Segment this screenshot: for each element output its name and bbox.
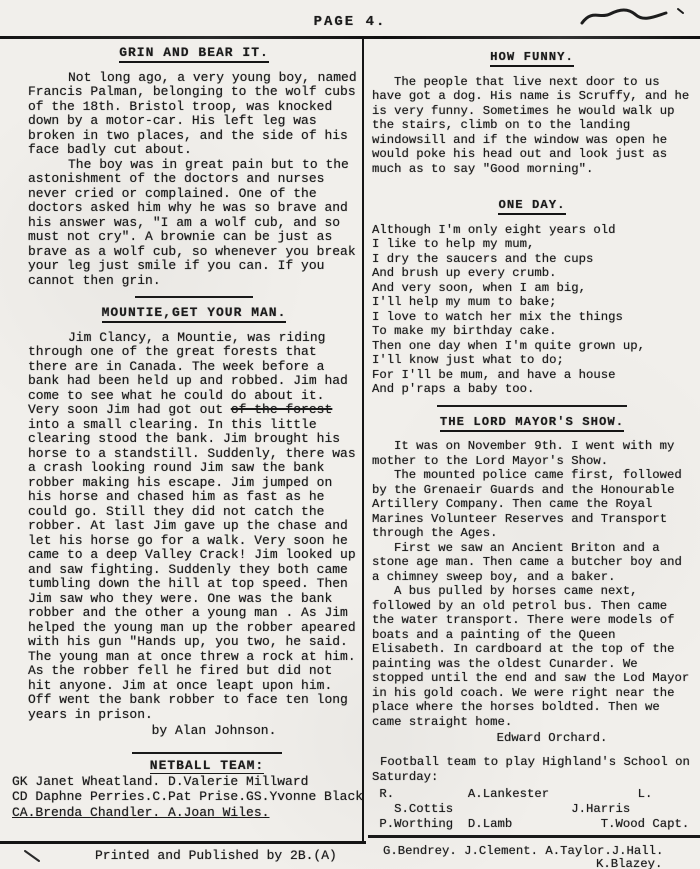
- page-title: PAGE 4.: [0, 14, 700, 30]
- top-rule: [0, 36, 700, 39]
- article-title-mountie: MOUNTIE,GET YOUR MAN.: [28, 306, 360, 321]
- mountie-paragraph: Jim Clancy, a Mountie, was riding throug…: [28, 331, 360, 723]
- netball-title: NETBALL TEAM:: [12, 758, 402, 774]
- poem-line: Then one day when I'm quite grown up,: [372, 339, 692, 354]
- football-extra-names: G.Bendrey. J.Clement. A.Taylor.J.Hall.: [383, 844, 663, 858]
- article-separator: [437, 405, 627, 407]
- article-separator: [135, 296, 253, 298]
- poem-line: And p'raps a baby too.: [372, 382, 692, 397]
- article-title-grin: GRIN AND BEAR IT.: [28, 46, 360, 61]
- lord-mayor-paragraph-2: The mounted police came first, followed …: [372, 468, 692, 541]
- poem-line: I love to watch her mix the things: [372, 310, 692, 325]
- poem-line: I dry the saucers and the cups: [372, 252, 692, 267]
- poem-line: I like to help my mum,: [372, 237, 692, 252]
- lord-mayor-paragraph-3: First we saw an Ancient Briton and a sto…: [372, 541, 692, 585]
- poem-line: And very soon, when I am big,: [372, 281, 692, 296]
- lord-mayor-paragraph-1: It was on November 9th. I went with my m…: [372, 439, 692, 468]
- article-title-lord-mayor: THE LORD MAYOR'S SHOW.: [372, 415, 692, 430]
- football-intro: Football team to play Highland's School …: [372, 755, 698, 785]
- pen-stray-mark: [22, 848, 44, 866]
- one-day-poem: Although I'm only eight years old I like…: [372, 223, 692, 397]
- mountie-text-after: into a small clearing. In this little cl…: [28, 417, 356, 722]
- poem-line: And brush up every crumb.: [372, 266, 692, 281]
- poem-line: To make my birthday cake.: [372, 324, 692, 339]
- right-column: HOW FUNNY. The people that live next doo…: [372, 48, 692, 746]
- netball-line-3: CA.Brenda Chandler. A.Joan Wiles.: [12, 805, 402, 821]
- football-row-2: S.Cottis J.Harris: [372, 802, 698, 817]
- netball-separator: [132, 752, 282, 754]
- bottom-rule-left: [0, 841, 366, 844]
- grin-paragraph-2: The boy was in great pain but to the ast…: [28, 158, 360, 289]
- article-title-how-funny: HOW FUNNY.: [372, 50, 692, 65]
- poem-line: Although I'm only eight years old: [372, 223, 692, 238]
- netball-line-2: CD Daphne Perries.C.Pat Prise.GS.Yvonne …: [12, 789, 402, 805]
- grin-paragraph-1: Not long ago, a very young boy, named Fr…: [28, 71, 360, 158]
- newsletter-page: PAGE 4. GRIN AND BEAR IT. Not long ago, …: [0, 0, 700, 869]
- poem-line: I'll know just what to do;: [372, 353, 692, 368]
- football-extra-name-2: K.Blazey.: [596, 857, 662, 869]
- how-funny-paragraph: The people that live next door to us hav…: [372, 75, 692, 177]
- article-title-one-day: ONE DAY.: [372, 198, 692, 213]
- left-column: GRIN AND BEAR IT. Not long ago, a very y…: [28, 44, 360, 739]
- mountie-text-struck: of the forest: [231, 402, 332, 417]
- mountie-byline: by Alan Johnson.: [68, 724, 360, 739]
- netball-team-section: NETBALL TEAM: GK Janet Wheatland. D.Vale…: [12, 752, 402, 820]
- poem-line: For I'll be mum, and have a house: [372, 368, 692, 383]
- bottom-rule-right: [368, 835, 700, 838]
- imprint-line: Printed and Published by 2B.(A): [95, 848, 337, 863]
- netball-line-1: GK Janet Wheatland. D.Valerie Millward: [12, 774, 402, 790]
- column-divider: [362, 38, 364, 842]
- poem-line: I'll help my mum to bake;: [372, 295, 692, 310]
- lord-mayor-paragraph-4: A bus pulled by horses came next, follow…: [372, 584, 692, 729]
- football-row-3: P.Worthing D.Lamb T.Wood Capt.: [372, 817, 698, 832]
- lord-mayor-byline: Edward Orchard.: [412, 731, 692, 746]
- football-team-section: Football team to play Highland's School …: [372, 755, 698, 832]
- football-row-1: R. A.Lankester L.: [372, 787, 698, 802]
